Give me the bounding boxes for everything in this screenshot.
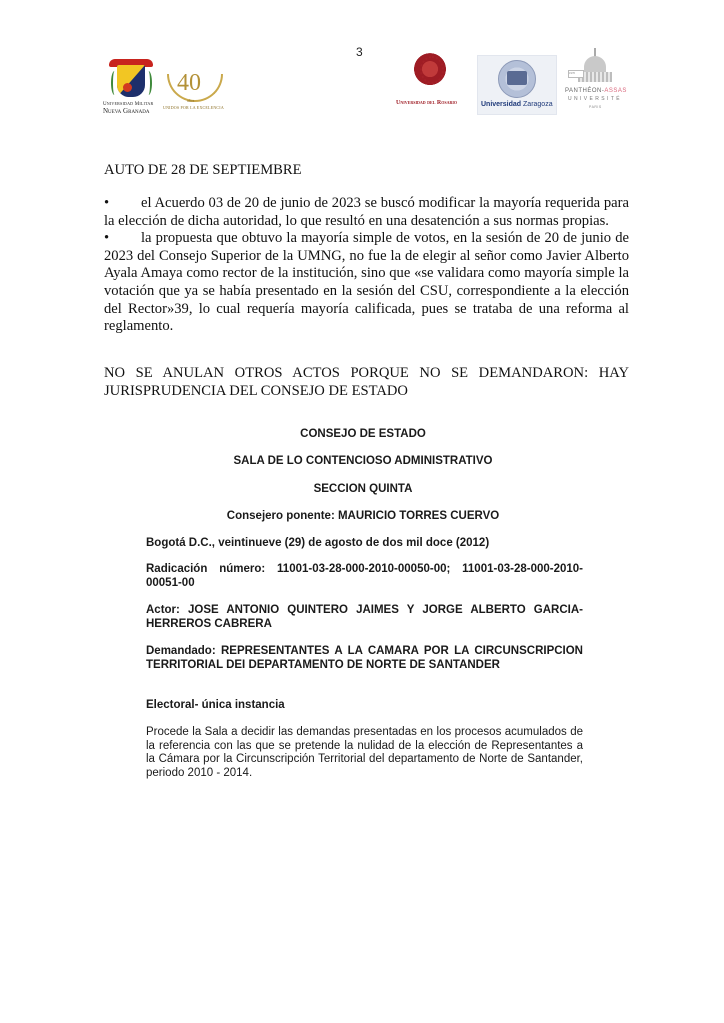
umng-logo: Universidad Militar Nueva Granada [103,57,158,117]
umng-40-years-logo: 40 años UNIDOS POR LA EXCELENCIA [163,70,225,116]
heading-auto: AUTO DE 28 DE SEPTIEMBRE [104,162,629,180]
laurel-right-icon [145,71,152,95]
assas-name-line2: UNIVERSITÉ [568,96,622,102]
zaragoza-seal-icon [498,60,536,98]
anniversary-number: 40 [177,70,201,97]
heading-no-anulan: NO SE ANULAN OTROS ACTOS PORQUE NO SE DE… [104,365,629,400]
excerpt-ponente: Consejero ponente: MAURICIO TORRES CUERV… [143,510,583,522]
bullet-list: •el Acuerdo 03 de 20 de junio de 2023 se… [104,195,629,336]
anniversary-motto: UNIDOS POR LA EXCELENCIA [163,105,224,110]
pantheon-assas-logo: 1970 PANTHÉON-ASSAS UNIVERSITÉ PARIS [562,48,626,114]
anniversary-label: años [187,98,194,103]
umng-caption-line2: Nueva Granada [103,107,159,115]
excerpt-actor: Actor: JOSE ANTONIO QUINTERO JAIMES Y JO… [146,604,583,631]
bullet-icon: • [104,195,141,213]
excerpt-date: Bogotá D.C., veintinueve (29) de agosto … [146,537,583,551]
page-number: 3 [356,45,363,59]
excerpt-title-sala: SALA DE LO CONTENCIOSO ADMINISTRATIVO [143,455,583,467]
bullet-item: •el Acuerdo 03 de 20 de junio de 2023 se… [104,195,629,230]
assas-name-line3: PARIS [589,105,602,109]
rosario-name: Universidad del Rosario [396,100,457,106]
excerpt-demandado: Demandado: REPRESENTANTES A LA CAMARA PO… [146,645,583,672]
pantheon-dome-icon [584,56,606,72]
umng-shield-icon [117,65,145,97]
assas-name-line1: PANTHÉON-ASSAS [565,88,627,94]
zaragoza-name: Universidad Zaragoza [481,101,553,108]
zaragoza-logo: Universidad Zaragoza [477,55,557,115]
rosario-logo: Universidad del Rosario [394,50,466,112]
bullet-icon: • [104,230,141,248]
excerpt-radicacion: Radicación número: 11001-03-28-000-2010-… [146,563,583,590]
pantheon-tag: 1970 [568,70,584,78]
excerpt-electoral: Electoral- única instancia [146,699,583,713]
excerpt-title-consejo: CONSEJO DE ESTADO [143,428,583,440]
excerpt-title-seccion: SECCION QUINTA [143,483,583,495]
bullet-item: •la propuesta que obtuvo la mayoría simp… [104,230,629,336]
excerpt-summary: Procede la Sala a decidir las demandas p… [146,726,583,780]
rosario-emblem-icon [414,52,446,90]
